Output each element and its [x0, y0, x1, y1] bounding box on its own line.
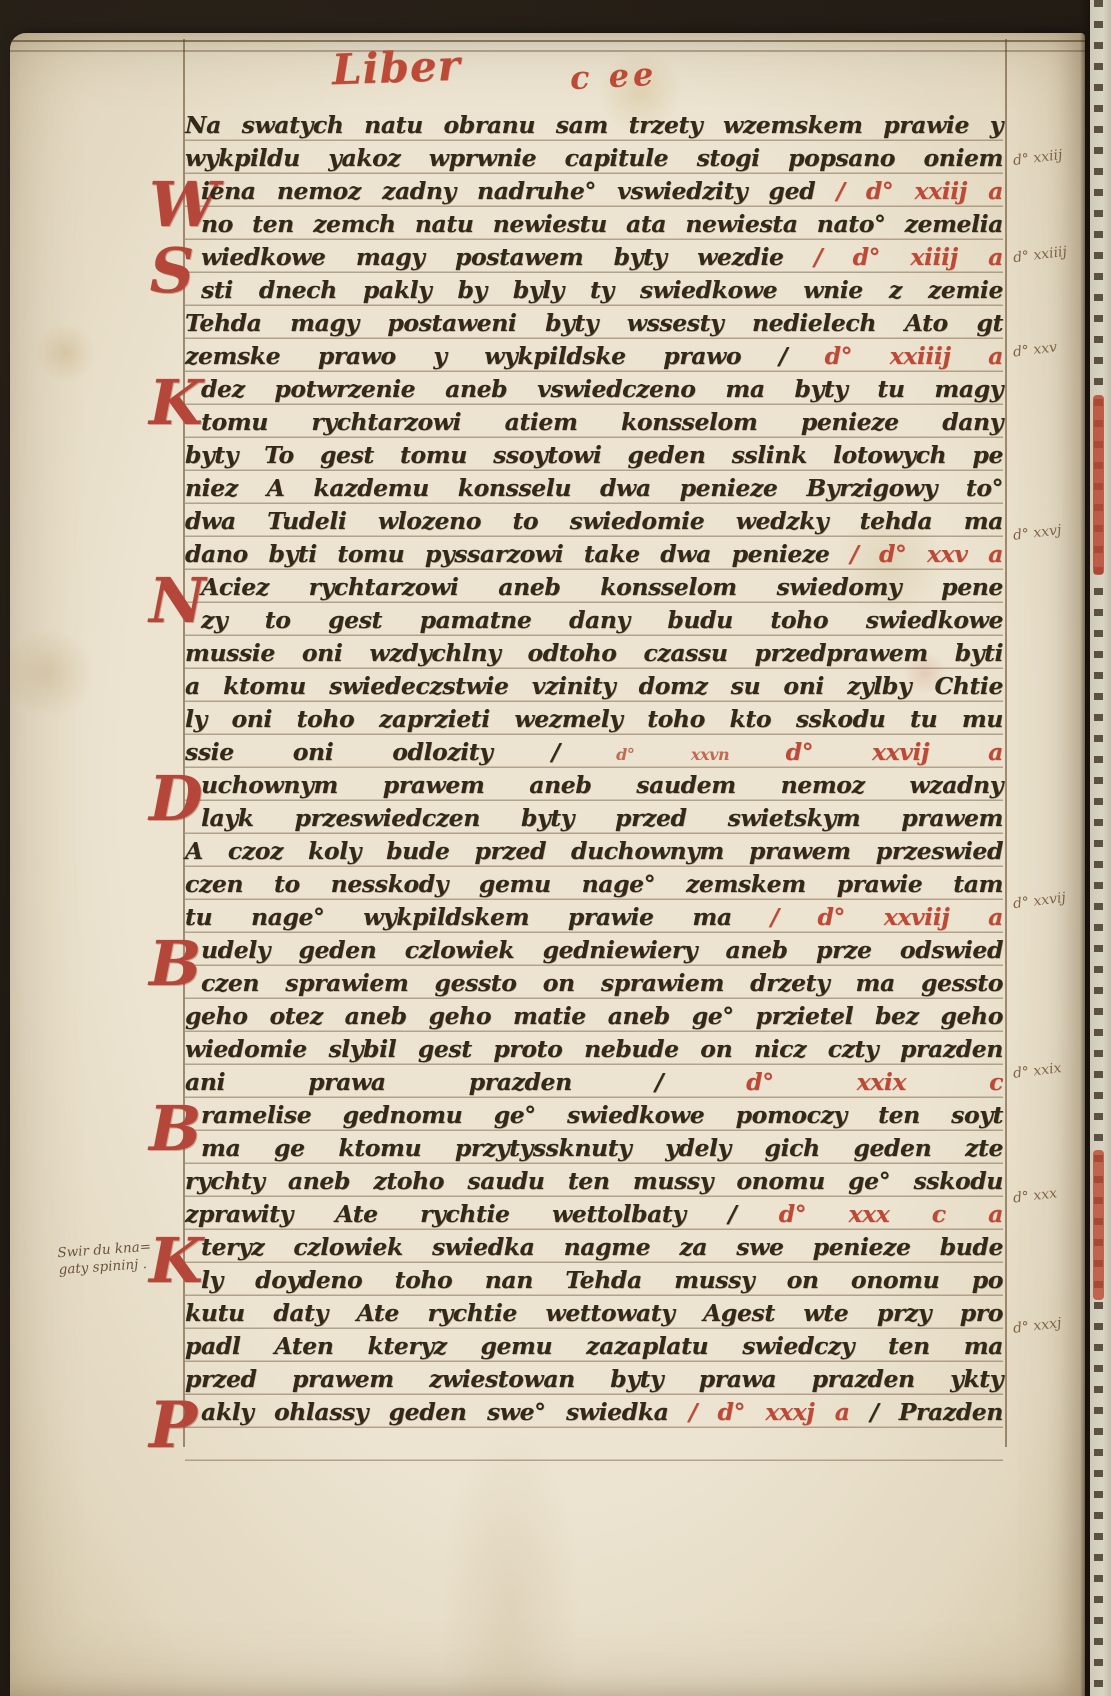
text-segment: udely geden czlowiek gedniewiery aneb pr…	[201, 936, 1003, 964]
text-segment: wiedkowe magy postawem byty wezdie	[201, 243, 784, 271]
manuscript-line: dano byti tomu pyssarzowi take dwa penie…	[185, 538, 1003, 571]
text-segment: dano byti tomu pyssarzowi take dwa penie…	[185, 540, 830, 568]
manuscript-line: udely geden czlowiek gedniewiery aneb pr…	[185, 934, 1003, 967]
adjacent-page-edge	[1090, 0, 1111, 1696]
text-segment: sti dnech pakly by byly ty swiedkowe wni…	[201, 276, 1003, 304]
text-segment: iena nemoz zadny nadruhe° vswiedzity ged	[201, 177, 815, 205]
text-segment: ssie oni odlozity /	[185, 738, 560, 766]
text-segment: geho otez aneb geho matie aneb ge° przie…	[185, 1002, 1003, 1030]
manuscript-paragraph: Duchownym prawem aneb saudem nemoz wzadn…	[185, 769, 1003, 934]
manuscript-page: Liber c ee Na swatych natu obranu sam tr…	[10, 33, 1085, 1696]
manuscript-line: ramelise gednomu ge° swiedkowe pomoczy t…	[185, 1099, 1003, 1132]
right-margin-chapter-ref: d° xxiiij	[1012, 244, 1068, 266]
text-segment: tomu rychtarzowi atiem konsselom penieze…	[201, 408, 1003, 436]
text-segment: zprawity Ate rychtie wettolbaty /	[185, 1200, 736, 1228]
manuscript-photo: { "page": { "header": { "title": "Liber"…	[0, 0, 1111, 1696]
manuscript-line: niez A kazdemu konsselu dwa penieze Byrz…	[185, 472, 1003, 505]
text-segment: przed prawem zwiestowan byty prawa prazd…	[185, 1365, 1003, 1393]
manuscript-line: ly doydeno toho nan Tehda mussy on onomu…	[185, 1264, 1003, 1297]
text-segment: byty To gest tomu ssoytowi geden sslink …	[185, 441, 1003, 469]
manuscript-line: mussie oni wzdychlny odtoho czassu przed…	[185, 637, 1003, 670]
manuscript-line: Tehda magy postaweni byty wssesty nediel…	[185, 307, 1003, 340]
text-segment: ramelise gednomu ge° swiedkowe pomoczy t…	[201, 1101, 1003, 1129]
text-segment: no ten zemch natu newiestu ata newiesta …	[201, 210, 1003, 238]
drop-cap-initial: S	[149, 241, 195, 307]
right-margin-chapter-ref: d° xxiij	[1012, 147, 1063, 169]
folio-number: c ee	[569, 55, 658, 98]
manuscript-paragraph: Na swatych natu obranu sam trzety wzemsk…	[185, 109, 1003, 175]
text-segment: rychty aneb ztoho saudu ten mussy onomu …	[185, 1167, 1003, 1195]
manuscript-line: wiedkowe magy postawem byty wezdie / d° …	[185, 241, 1003, 274]
drop-cap-initial: B	[149, 1099, 195, 1165]
text-segment: zemske prawo y wykpildske prawo /	[185, 342, 787, 370]
manuscript-line: czen sprawiem gessto on sprawiem drzety …	[185, 967, 1003, 1000]
manuscript-line: przed prawem zwiestowan byty prawa prazd…	[185, 1363, 1003, 1396]
manuscript-line: a ktomu swiedeczstwie vzinity domz su on…	[185, 670, 1003, 703]
text-segment: wiedomie slybil gest proto nebude on nic…	[185, 1035, 1003, 1063]
right-margin-chapter-ref: d° xxv	[1012, 339, 1058, 360]
rubric-reference: d° xxiiij a	[787, 342, 1003, 370]
rubric-reference: / d° xxv a	[830, 540, 1004, 568]
manuscript-line: tomu rychtarzowi atiem konsselom penieze…	[185, 406, 1003, 439]
manuscript-line: byty To gest tomu ssoytowi geden sslink …	[185, 439, 1003, 472]
manuscript-line: uchownym prawem aneb saudem nemoz wzadny	[185, 769, 1003, 802]
manuscript-paragraph: Budely geden czlowiek gedniewiery aneb p…	[185, 934, 1003, 1099]
text-segment: uchownym prawem aneb saudem nemoz wzadny	[201, 771, 1003, 799]
text-segment: ani prawa prazden /	[185, 1068, 663, 1096]
text-segment: ly oni toho zaprzieti wezmely toho kto s…	[185, 705, 1003, 733]
manuscript-line: no ten zemch natu newiestu ata newiesta …	[185, 208, 1003, 241]
rubric-reference: / d° xxviij a	[732, 903, 1003, 931]
text-segment: dez potwrzenie aneb vswiedczeno ma byty …	[201, 375, 1003, 403]
right-margin-chapter-ref: d° xxvj	[1012, 522, 1062, 544]
manuscript-line: rychty aneb ztoho saudu ten mussy onomu …	[185, 1165, 1003, 1198]
right-vertical-ruling	[1005, 39, 1007, 1447]
manuscript-line: layk przeswiedczen byty przed swietskym …	[185, 802, 1003, 835]
gutter-shadow	[1080, 0, 1090, 1696]
text-segment: ma ge ktomu przytyssknuty ydely gich ged…	[201, 1134, 1003, 1162]
running-title: Liber	[331, 41, 461, 94]
text-segment: Tehda magy postaweni byty wssesty nediel…	[185, 309, 1003, 337]
manuscript-line: wykpildu yakoz wprwnie capitule stogi po…	[185, 142, 1003, 175]
text-segment: layk przeswiedczen byty przed swietskym …	[201, 804, 1003, 832]
rubric-reference: / d° xxxj a	[668, 1398, 870, 1426]
rubric-reference: d° xxx c a	[736, 1200, 1003, 1228]
manuscript-line: wiedomie slybil gest proto nebude on nic…	[185, 1033, 1003, 1066]
manuscript-paragraph: Bramelise gednomu ge° swiedkowe pomoczy …	[185, 1099, 1003, 1231]
text-segment: czen sprawiem gessto on sprawiem drzety …	[201, 969, 1003, 997]
manuscript-line: zy to gest pamatne dany budu toho swiedk…	[185, 604, 1003, 637]
manuscript-line: ssie oni odlozity / d° xxvn d° xxvij a	[185, 736, 1003, 769]
text-segment: kutu daty Ate rychtie wettowaty Agest wt…	[185, 1299, 1003, 1327]
rubric-reference: / d° xxiij a	[815, 177, 1003, 205]
text-segment: teryz czlowiek swiedka nagme za swe peni…	[201, 1233, 1003, 1261]
text-segment: dwa Tudeli wlozeno to swiedomie wedzky t…	[185, 507, 1003, 535]
manuscript-line: ani prawa prazden / d° xxix c	[185, 1066, 1003, 1099]
manuscript-line: teryz czlowiek swiedka nagme za swe peni…	[185, 1231, 1003, 1264]
manuscript-line: zprawity Ate rychtie wettolbaty / d° xxx…	[185, 1198, 1003, 1231]
right-margin-chapter-ref: d° xxx	[1012, 1185, 1058, 1206]
right-margin-chapter-ref: d° xxix	[1012, 1060, 1062, 1082]
text-segment: / Prazden	[870, 1398, 1003, 1426]
text-segment: Na swatych natu obranu sam trzety wzemsk…	[185, 111, 1003, 139]
text-segment: wykpildu yakoz wprwnie capitule stogi po…	[185, 144, 1003, 172]
manuscript-line: geho otez aneb geho matie aneb ge° przie…	[185, 1000, 1003, 1033]
text-segment: niez A kazdemu konsselu dwa penieze Byrz…	[185, 474, 1003, 502]
manuscript-line: ly oni toho zaprzieti wezmely toho kto s…	[185, 703, 1003, 736]
text-segment: a ktomu swiedeczstwie vzinity domz su on…	[185, 672, 1003, 700]
right-margin-chapter-ref: d° xxxj	[1012, 1315, 1062, 1337]
text-segment: czen to nesskody gemu nage° zemskem praw…	[185, 870, 1003, 898]
manuscript-paragraph: Swiedkowe magy postawem byty wezdie / d°…	[185, 241, 1003, 373]
text-segment: Aciez rychtarzowi aneb konsselom swiedom…	[201, 573, 1003, 601]
text-segment: tu nage° wykpildskem prawie ma	[185, 903, 732, 931]
rubric-reference: d° xxvn	[560, 745, 786, 764]
manuscript-line: dez potwrzenie aneb vswiedczeno ma byty …	[185, 373, 1003, 406]
manuscript-line: A czoz koly bude przed duchownym prawem …	[185, 835, 1003, 868]
manuscript-line: akly ohlassy geden swe° swiedka / d° xxx…	[185, 1396, 1003, 1429]
rubric-reference: / d° xiiij a	[784, 243, 1003, 271]
manuscript-line: Aciez rychtarzowi aneb konsselom swiedom…	[185, 571, 1003, 604]
text-segment: ly doydeno toho nan Tehda mussy on onomu…	[201, 1266, 1003, 1294]
manuscript-line: iena nemoz zadny nadruhe° vswiedzity ged…	[185, 175, 1003, 208]
manuscript-line: sti dnech pakly by byly ty swiedkowe wni…	[185, 274, 1003, 307]
manuscript-line: zemske prawo y wykpildske prawo / d° xxi…	[185, 340, 1003, 373]
manuscript-paragraph: Pakly ohlassy geden swe° swiedka / d° xx…	[185, 1396, 1003, 1429]
drop-cap-initial: B	[149, 934, 195, 1000]
right-margin-chapter-ref: d° xxvij	[1012, 890, 1066, 912]
text-segment: A czoz koly bude przed duchownym prawem …	[185, 837, 1003, 865]
drop-cap-initial: N	[149, 571, 195, 637]
text-segment: akly ohlassy geden swe° swiedka	[201, 1398, 668, 1426]
drop-cap-initial: D	[149, 769, 195, 835]
manuscript-line: Na swatych natu obranu sam trzety wzemsk…	[185, 109, 1003, 142]
manuscript-line: ma ge ktomu przytyssknuty ydely gich ged…	[185, 1132, 1003, 1165]
drop-cap-initial: W	[149, 175, 195, 241]
top-ruling-line-2	[10, 50, 1085, 52]
manuscript-line: padl Aten kteryz gemu zazaplatu swiedczy…	[185, 1330, 1003, 1363]
manuscript-paragraph: Wiena nemoz zadny nadruhe° vswiedzity ge…	[185, 175, 1003, 241]
top-ruling-line	[10, 40, 1085, 42]
manuscript-paragraph: Kdez potwrzenie aneb vswiedczeno ma byty…	[185, 373, 1003, 571]
text-segment: zy to gest pamatne dany budu toho swiedk…	[201, 606, 1003, 634]
manuscript-line: tu nage° wykpildskem prawie ma / d° xxvi…	[185, 901, 1003, 934]
text-block: Na swatych natu obranu sam trzety wzemsk…	[185, 109, 1003, 1466]
manuscript-line: czen to nesskody gemu nage° zemskem praw…	[185, 868, 1003, 901]
manuscript-paragraph: NAciez rychtarzowi aneb konsselom swiedo…	[185, 571, 1003, 769]
manuscript-line: dwa Tudeli wlozeno to swiedomie wedzky t…	[185, 505, 1003, 538]
text-segment: mussie oni wzdychlny odtoho czassu przed…	[185, 639, 1003, 667]
rubric-reference: d° xxix c	[663, 1068, 1003, 1096]
manuscript-paragraph: Kteryz czlowiek swiedka nagme za swe pen…	[185, 1231, 1003, 1396]
drop-cap-initial: K	[149, 373, 195, 439]
rubric-reference: d° xxvij a	[786, 738, 1003, 766]
drop-cap-initial: P	[149, 1396, 195, 1466]
text-segment: padl Aten kteryz gemu zazaplatu swiedczy…	[185, 1332, 1003, 1360]
manuscript-line: kutu daty Ate rychtie wettowaty Agest wt…	[185, 1297, 1003, 1330]
